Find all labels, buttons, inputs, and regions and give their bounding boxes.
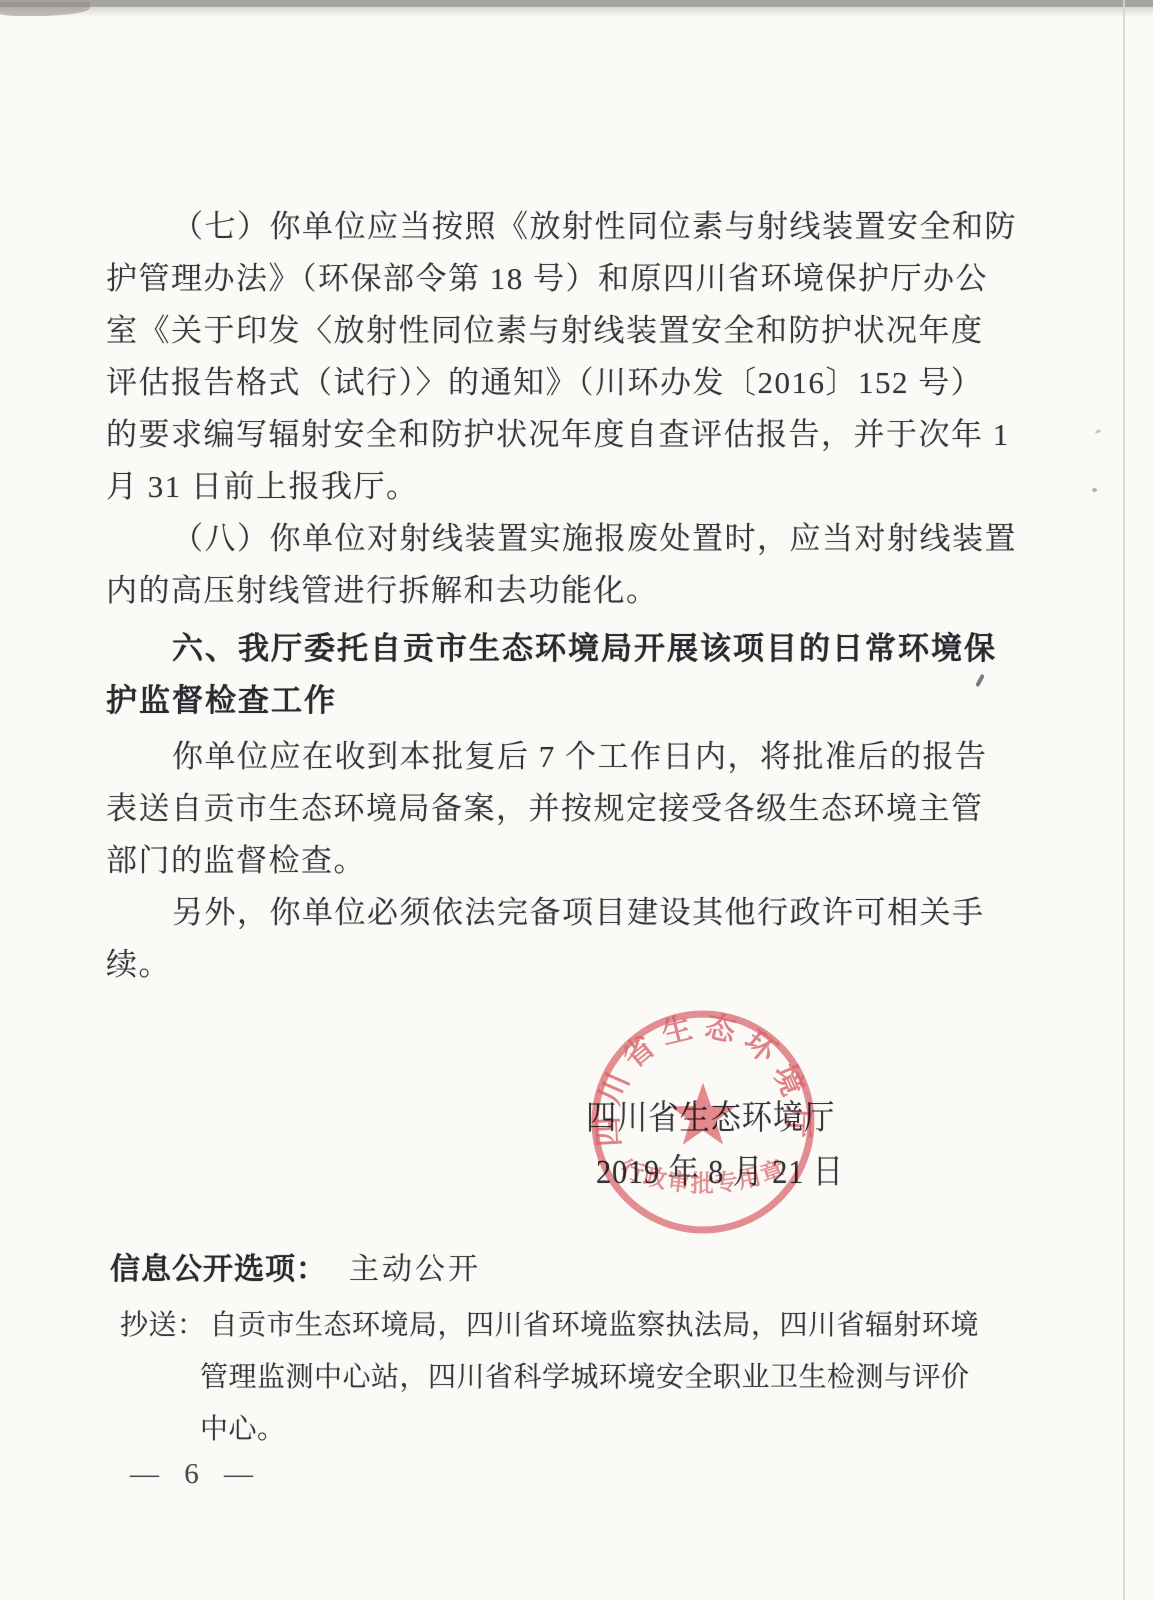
scan-artifact-top-bar bbox=[0, 0, 1153, 7]
paragraph-7: （七）你单位应当按照《放射性同位素与射线装置安全和防 护管理办法》（环保部令第 … bbox=[106, 201, 986, 513]
section-heading-line: 六、我厅委托自贡市生态环境局开展该项目的日常环境保 bbox=[106, 623, 986, 675]
body-line: 另外，你单位必须依法完备项目建设其他行政许可相关手 bbox=[106, 887, 986, 939]
seal-star-icon bbox=[670, 1083, 735, 1145]
body-line: 部门的监督检查。 bbox=[106, 835, 986, 887]
scan-artifact-edge-line bbox=[1123, 0, 1125, 1600]
body-line: 你单位应在收到本批复后 7 个工作日内，将批准后的报告 bbox=[106, 731, 986, 783]
cc-line: 抄送：自贡市生态环境局，四川省环境监察执法局，四川省辐射环境 bbox=[120, 1300, 1020, 1352]
body-line: 月 31 日前上报我厅。 bbox=[106, 461, 986, 513]
seal-bottom-text: 行政审批专用章 bbox=[617, 1155, 790, 1198]
cc-label: 抄送： bbox=[120, 1310, 206, 1341]
scan-artifact-speck bbox=[1092, 488, 1097, 492]
cc-line-text: 管理监测中心站，四川省科学城环境安全职业卫生检测与评价 bbox=[200, 1362, 970, 1393]
body-line: 评估报告格式（试行）〉的通知》（川环办发〔2016〕152 号） bbox=[106, 357, 986, 409]
cc-line: 管理监测中心站，四川省科学城环境安全职业卫生检测与评价 bbox=[120, 1352, 1020, 1404]
document-body: （七）你单位应当按照《放射性同位素与射线装置安全和防 护管理办法》（环保部令第 … bbox=[106, 201, 986, 991]
scan-artifact-speck bbox=[1095, 429, 1102, 434]
body-line: （七）你单位应当按照《放射性同位素与射线装置安全和防 bbox=[106, 201, 986, 253]
section-heading-6: 六、我厅委托自贡市生态环境局开展该项目的日常环境保 护监督检查工作 bbox=[106, 623, 986, 727]
body-line: 内的高压射线管进行拆解和去功能化。 bbox=[106, 565, 986, 617]
body-line: 护管理办法》（环保部令第 18 号）和原四川省环境保护厅办公 bbox=[106, 253, 986, 305]
page-number: — 6 — bbox=[130, 1458, 257, 1491]
cc-line-text: 自贡市生态环境局，四川省环境监察执法局，四川省辐射环境 bbox=[210, 1310, 980, 1341]
paragraph-supervision: 你单位应在收到本批复后 7 个工作日内，将批准后的报告 表送自贡市生态环境局备案… bbox=[106, 731, 986, 887]
info-disclosure-value: 主动公开 bbox=[349, 1253, 481, 1286]
section-heading-line: 护监督检查工作 bbox=[106, 675, 986, 727]
body-line: 表送自贡市生态环境局备案，并按规定接受各级生态环境主管 bbox=[106, 783, 986, 835]
cc-block: 抄送：自贡市生态环境局，四川省环境监察执法局，四川省辐射环境 管理监测中心站，四… bbox=[120, 1300, 1020, 1456]
official-seal: 四川省生态环境厅 行政审批专用章 bbox=[588, 1006, 820, 1238]
body-line: （八）你单位对射线装置实施报废处置时，应当对射线装置 bbox=[106, 513, 986, 565]
body-line: 续。 bbox=[106, 939, 986, 991]
body-line: 的要求编写辐射安全和防护状况年度自查评估报告，并于次年 1 bbox=[106, 409, 986, 461]
info-disclosure-label: 信息公开选项： bbox=[110, 1253, 327, 1286]
paragraph-8: （八）你单位对射线装置实施报废处置时，应当对射线装置 内的高压射线管进行拆解和去… bbox=[106, 513, 986, 617]
document-page: （七）你单位应当按照《放射性同位素与射线装置安全和防 护管理办法》（环保部令第 … bbox=[0, 0, 1153, 1600]
scan-artifact-top-fade bbox=[0, 7, 1153, 17]
paragraph-other-permits: 另外，你单位必须依法完备项目建设其他行政许可相关手 续。 bbox=[106, 887, 986, 991]
info-disclosure-line: 信息公开选项：主动公开 bbox=[110, 1250, 481, 1290]
cc-line-text: 中心。 bbox=[200, 1414, 286, 1445]
cc-line: 中心。 bbox=[120, 1404, 1020, 1456]
body-line: 室《关于印发〈放射性同位素与射线装置安全和防护状况年度 bbox=[106, 305, 986, 357]
